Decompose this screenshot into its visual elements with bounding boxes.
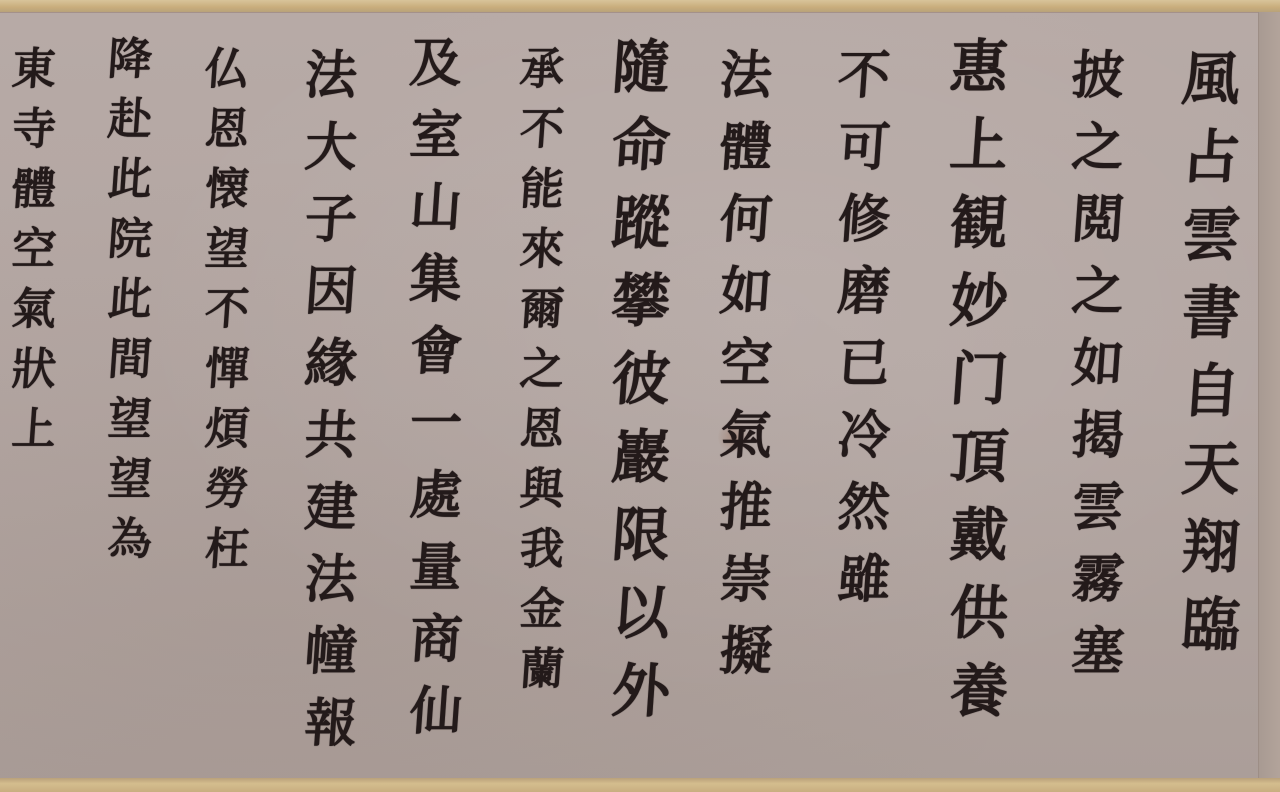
calligraphy-character: 然 (836, 482, 892, 534)
calligraphy-character: 雲 (1180, 206, 1242, 264)
calligraphy-character: 處 (408, 470, 464, 522)
calligraphy-character: 大 (303, 122, 359, 174)
calligraphy-character: 能 (518, 168, 565, 212)
calligraphy-column: 仏恩懐望不憚煩勞枉 (205, 40, 249, 580)
calligraphy-character: 報 (303, 698, 359, 750)
calligraphy-character: 推 (718, 482, 774, 534)
calligraphy-column: 披之閲之如揭雲霧塞 (1072, 40, 1124, 688)
calligraphy-character: 望 (203, 228, 250, 272)
calligraphy-column: 東寺體空氣狀上 (12, 40, 56, 460)
calligraphy-column: 風占雲書自天翔臨 (1182, 40, 1240, 664)
calligraphy-column: 及室山集會一處量商仙 (410, 28, 462, 748)
calligraphy-character: 雲 (1070, 482, 1126, 534)
calligraphy-column: 不可修磨已冷然雖 (838, 40, 890, 616)
calligraphy-character: 以 (610, 584, 672, 642)
calligraphy-character: 冷 (836, 410, 892, 462)
calligraphy-character: 命 (610, 116, 672, 174)
calligraphy-character: 不 (518, 108, 565, 152)
calligraphy-character: 氣 (718, 410, 774, 462)
calligraphy-character: 占 (1180, 128, 1242, 186)
calligraphy-character: 及 (408, 38, 464, 90)
calligraphy-character: 會 (408, 326, 464, 378)
calligraphy-character: 天 (1180, 440, 1242, 498)
paper-right-margin (1258, 12, 1280, 778)
calligraphy-character: 山 (408, 182, 464, 234)
calligraphy-character: 供 (948, 584, 1010, 642)
calligraphy-character: 為 (106, 518, 153, 562)
calligraphy-character: 一 (408, 398, 464, 450)
calligraphy-character: 披 (1070, 50, 1126, 102)
calligraphy-character: 上 (948, 116, 1010, 174)
calligraphy-character: 蹤 (610, 194, 672, 252)
calligraphy-character: 磨 (836, 266, 892, 318)
calligraphy-character: 因 (303, 266, 359, 318)
calligraphy-character: 之 (1070, 122, 1126, 174)
calligraphy-character: 我 (518, 528, 565, 572)
calligraphy-character: 空 (718, 338, 774, 390)
calligraphy-character: 望 (106, 398, 153, 442)
calligraphy-character: 氣 (10, 288, 57, 332)
calligraphy-character: 集 (408, 254, 464, 306)
calligraphy-character: 承 (518, 48, 565, 92)
calligraphy-character: 巖 (610, 428, 672, 486)
calligraphy-character: 量 (408, 542, 464, 594)
calligraphy-character: 書 (1180, 284, 1242, 342)
calligraphy-character: 攀 (610, 272, 672, 330)
calligraphy-character: 之 (518, 348, 565, 392)
calligraphy-character: 惠 (948, 38, 1010, 96)
calligraphy-column: 法體何如空氣推崇擬 (720, 40, 772, 688)
calligraphy-character: 自 (1180, 362, 1242, 420)
calligraphy-character: 仙 (408, 686, 464, 738)
calligraphy-character: 法 (303, 554, 359, 606)
calligraphy-character: 建 (303, 482, 359, 534)
calligraphy-character: 與 (518, 468, 565, 512)
calligraphy-character: 降 (106, 38, 153, 82)
calligraphy-character: 翔 (1180, 518, 1242, 576)
calligraphy-character: 恩 (518, 408, 565, 452)
calligraphy-character: 已 (836, 338, 892, 390)
calligraphy-character: 爾 (518, 288, 565, 332)
calligraphy-column: 法大子因緣共建法幢報 (305, 40, 357, 760)
calligraphy-character: 緣 (303, 338, 359, 390)
calligraphy-character: 共 (303, 410, 359, 462)
calligraphy-character: 幢 (303, 626, 359, 678)
calligraphy-character: 之 (1070, 266, 1126, 318)
calligraphy-character: 可 (836, 122, 892, 174)
calligraphy-character: 東 (10, 48, 57, 92)
calligraphy-character: 外 (610, 662, 672, 720)
calligraphy-character: 狀 (10, 348, 57, 392)
calligraphy-character: 隨 (610, 38, 672, 96)
calligraphy-character: 間 (106, 338, 153, 382)
calligraphy-character: 體 (10, 168, 57, 212)
calligraphy-column: 隨命蹤攀彼巖限以外 (612, 28, 670, 730)
calligraphy-scroll: 風占雲書自天翔臨披之閲之如揭雲霧塞惠上観妙门頂戴供養不可修磨已冷然雖法體何如空氣… (0, 0, 1280, 792)
calligraphy-character: 不 (203, 288, 250, 332)
calligraphy-character: 法 (303, 50, 359, 102)
calligraphy-character: 憚 (203, 348, 250, 392)
calligraphy-character: 煩 (203, 408, 250, 452)
calligraphy-character: 塞 (1070, 626, 1126, 678)
calligraphy-character: 法 (718, 50, 774, 102)
calligraphy-character: 何 (718, 194, 774, 246)
calligraphy-character: 彼 (610, 350, 672, 408)
calligraphy-character: 體 (718, 122, 774, 174)
calligraphy-character: 门 (948, 350, 1010, 408)
calligraphy-character: 閲 (1070, 194, 1126, 246)
calligraphy-character: 商 (408, 614, 464, 666)
calligraphy-column: 降赴此院此間望望為 (108, 30, 152, 570)
calligraphy-character: 室 (408, 110, 464, 162)
calligraphy-character: 修 (836, 194, 892, 246)
calligraphy-character: 頂 (948, 428, 1010, 486)
calligraphy-character: 空 (10, 228, 57, 272)
scroll-mount-bottom (0, 778, 1280, 792)
calligraphy-character: 恩 (203, 108, 250, 152)
calligraphy-character: 枉 (203, 528, 250, 572)
calligraphy-column: 惠上観妙门頂戴供養 (950, 28, 1008, 730)
calligraphy-character: 不 (836, 50, 892, 102)
calligraphy-character: 妙 (948, 272, 1010, 330)
calligraphy-character: 懐 (203, 168, 250, 212)
calligraphy-character: 風 (1180, 50, 1242, 108)
calligraphy-character: 此 (106, 158, 153, 202)
calligraphy-character: 子 (303, 194, 359, 246)
calligraphy-character: 勞 (203, 468, 250, 512)
scroll-mount-top (0, 0, 1280, 12)
calligraphy-character: 來 (518, 228, 565, 272)
calligraphy-character: 金 (518, 588, 565, 632)
calligraphy-character: 如 (1070, 338, 1126, 390)
calligraphy-character: 揭 (1070, 410, 1126, 462)
calligraphy-character: 観 (948, 194, 1010, 252)
calligraphy-character: 仏 (203, 48, 250, 92)
calligraphy-character: 崇 (718, 554, 774, 606)
calligraphy-character: 院 (106, 218, 153, 262)
calligraphy-character: 蘭 (518, 648, 565, 692)
calligraphy-character: 養 (948, 662, 1010, 720)
calligraphy-character: 霧 (1070, 554, 1126, 606)
calligraphy-character: 戴 (948, 506, 1010, 564)
calligraphy-character: 望 (106, 458, 153, 502)
calligraphy-column: 承不能來爾之恩與我金蘭 (520, 40, 564, 700)
calligraphy-character: 臨 (1180, 596, 1242, 654)
calligraphy-character: 如 (718, 266, 774, 318)
calligraphy-character: 赴 (106, 98, 153, 142)
calligraphy-character: 此 (106, 278, 153, 322)
calligraphy-character: 雖 (836, 554, 892, 606)
calligraphy-character: 擬 (718, 626, 774, 678)
calligraphy-character: 寺 (10, 108, 57, 152)
calligraphy-character: 限 (610, 506, 672, 564)
calligraphy-character: 上 (10, 408, 57, 452)
